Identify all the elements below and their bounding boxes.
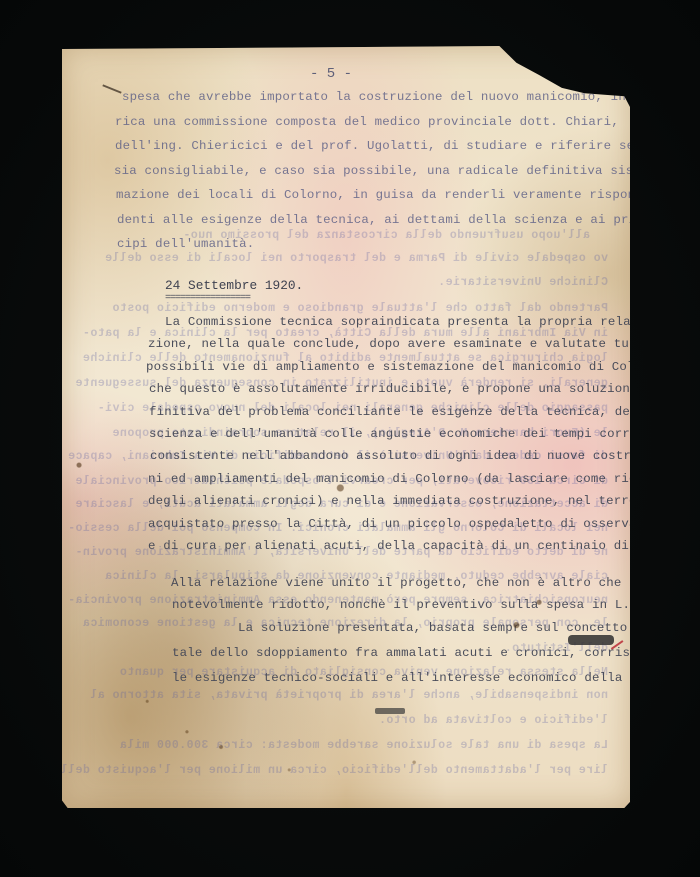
bleed-line: La spesa di una tale soluzione sarebbe m… xyxy=(120,739,608,752)
text-line: le esigenze tecnico-sociali e all'intere… xyxy=(172,671,700,685)
text-line: che questo è assolutamente irriducibile,… xyxy=(149,382,668,396)
typewritten-page: all'uopo usufruendo della circostanza de… xyxy=(62,46,630,808)
text-line: possibili vie di ampliamento e sistemazi… xyxy=(146,360,673,374)
text-line: consistente nell'abbandono assoluto di o… xyxy=(150,449,669,463)
text-line: e di cura per alienati acuti, della capa… xyxy=(148,539,683,553)
text-line: mazione dei locali di Colorno, in guisa … xyxy=(116,188,643,202)
text-line: finitiva del problema conciliante le esi… xyxy=(149,405,653,419)
bleed-line: lire per l'adattamento dell'edificio, ci… xyxy=(53,764,608,777)
date-heading: 24 Settembre 1920. xyxy=(165,278,303,293)
text-line: zione, nella quale conclude, dopo avere … xyxy=(148,337,675,351)
page-number: - 5 - xyxy=(310,66,352,82)
bleed-line: Cliniche Universitarie. xyxy=(438,276,608,289)
text-line: La soluzione presentata, basata sempre s… xyxy=(238,621,700,635)
text-line: spesa che avrebbe importato la costruzio… xyxy=(122,90,649,104)
text-line: ni ed ampliamenti del manicomio di Color… xyxy=(148,472,675,486)
text-line: degli alienati cronici) e nella immediat… xyxy=(148,494,683,508)
text-line: tale dello sdoppiamento fra ammalati acu… xyxy=(172,646,699,660)
text-line: notevolmente ridotto, nonchè il preventi… xyxy=(172,598,700,612)
text-line: La Commissione tecnica sopraindicata pre… xyxy=(165,315,638,329)
pen-mark xyxy=(102,84,121,93)
text-line: Alla relazione viene unito il progetto, … xyxy=(171,576,690,590)
text-line: sia consigliabile, e caso sia possibile,… xyxy=(114,164,656,178)
text-line: dell'ing. Chiericici e del prof. Ugolatt… xyxy=(115,139,634,153)
scan-background: all'uopo usufruendo della circostanza de… xyxy=(0,0,700,877)
bleed-line: vo ospedale civile di Parma e del traspo… xyxy=(105,252,608,265)
text-line: cipi dell'umanità. xyxy=(117,237,254,251)
bleed-line: l'edificio e coltivata ad orto. xyxy=(379,714,608,727)
date-underline: ================= xyxy=(165,293,250,304)
ink-smudge xyxy=(375,708,405,714)
ink-stamp xyxy=(568,635,614,645)
text-line: scienza e dell'umanità colle angustie ec… xyxy=(149,427,668,441)
bleed-line: non indispensabile, anche l'area di prop… xyxy=(90,689,608,702)
text-line: denti alle esigenze della tecnica, ai de… xyxy=(117,213,652,227)
text-line: acquistato presso la Città, di un piccol… xyxy=(148,517,675,531)
text-line: rica una commissione composta del medico… xyxy=(115,115,619,129)
